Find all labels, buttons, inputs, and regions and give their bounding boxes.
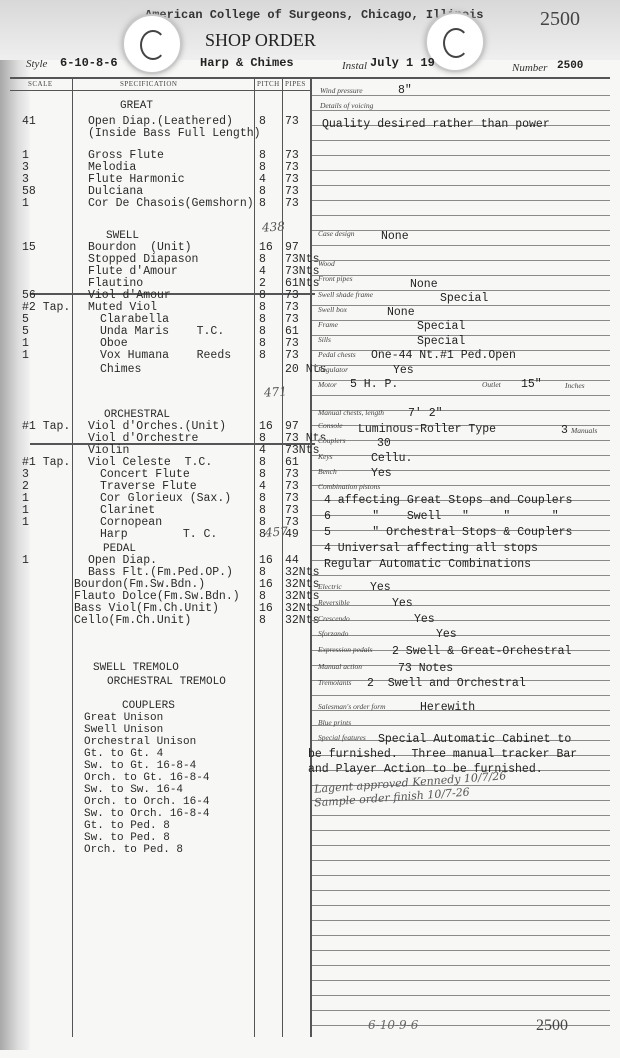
crescendo-value: Yes: [414, 613, 435, 626]
coupler-item: Great Unison: [84, 712, 163, 724]
punch-hole-icon: [122, 14, 182, 74]
stop-pipes: 73: [285, 350, 299, 362]
couplers-value: 30: [377, 437, 391, 450]
manual-action-label: Manual action: [318, 662, 362, 671]
reversible-value: Yes: [392, 597, 413, 610]
coupler-item: Orchestral Unison: [84, 736, 196, 748]
stop-pitch: 8: [259, 615, 266, 627]
pedal-chests-value: One-44 Nt.#1 Ped.Open: [371, 349, 516, 362]
salesmans-order-form-label: Salesman's order form: [318, 702, 386, 711]
style-extra: Harp & Chimes: [200, 56, 294, 70]
frame-value: Special: [417, 320, 465, 333]
divider: [310, 77, 312, 1037]
stop-scale: #1 Tap.: [22, 421, 70, 433]
form-rule: [312, 305, 610, 306]
form-rule: [312, 365, 610, 366]
manuals-label: Manuals: [571, 426, 597, 435]
form-rule: [312, 455, 610, 456]
swell-shade-frame-label: Swell shade frame: [318, 290, 373, 299]
form-rule: [312, 215, 610, 216]
tremolants-value: 2 Swell and Orchestral: [367, 677, 526, 690]
keys-label: Keys: [318, 452, 333, 461]
stop-scale: 1: [22, 517, 29, 529]
outlet-unit: Inches: [565, 381, 585, 390]
swell-shade-frame-value: Special: [440, 292, 488, 305]
form-rule: [312, 170, 610, 171]
coupler-item: Gt. to Gt. 4: [84, 748, 163, 760]
regulator-value: Yes: [393, 364, 414, 377]
form-rule: [312, 860, 610, 861]
salesmans-order-form-value: Herewith: [420, 701, 475, 714]
form-rule: [312, 155, 610, 156]
form-rule: [312, 620, 610, 621]
form-rule: [312, 920, 610, 921]
sills-label: Sills: [318, 335, 331, 344]
form-rule: [312, 995, 610, 996]
stop-pipes: 73: [285, 116, 299, 128]
special-features-label: Special features: [318, 733, 366, 742]
electric-label: Electric: [318, 582, 342, 591]
tremolo-swell: SWELL TREMOLO: [93, 662, 179, 674]
form-rule: [312, 140, 610, 141]
stop-name: (Inside Bass Full Length): [88, 128, 261, 140]
sforzando-value: Yes: [436, 628, 457, 641]
sills-value: Special: [417, 335, 465, 348]
instal-value: July 1 19: [370, 56, 435, 70]
form-rule: [312, 905, 610, 906]
number-value: 2500: [557, 60, 583, 72]
wind-pressure-label: Wind pressure: [320, 86, 363, 95]
manual-chests-length-value: 7' 2": [408, 407, 443, 420]
form-rule: [312, 230, 610, 231]
wind-pressure-value: 8": [398, 84, 412, 97]
combination-pistons-label: Combination pistons: [318, 482, 380, 491]
divider: [10, 90, 312, 91]
form-rule: [312, 470, 610, 471]
form-rule: [312, 605, 610, 606]
form-rule: [312, 845, 610, 846]
coupler-item: Sw. to Sw. 16-4: [84, 784, 183, 796]
console-value: Luminous-Roller Type: [358, 423, 496, 436]
form-rule: [312, 110, 610, 111]
coupler-item: Sw. to Orch. 16-8-4: [84, 808, 209, 820]
expression-pedals-label: Expression pedals: [318, 645, 373, 654]
blue-prints-label: Blue prints: [318, 718, 351, 727]
order-number: 2500: [540, 8, 580, 31]
form-rule: [312, 200, 610, 201]
tremolants-label: Tremolants: [318, 678, 351, 687]
stop-scale: 1: [22, 555, 29, 567]
bench-label: Bench: [318, 467, 337, 476]
special-feature-line: be furnished. Three manual tracker Bar: [308, 748, 577, 761]
style-value: 6-10-8-6: [60, 56, 118, 70]
front-pipes-value: None: [410, 278, 438, 291]
motor-value: 5 H. P.: [350, 378, 398, 391]
form-rule: [312, 635, 610, 636]
swell-box-label: Swell box: [318, 305, 347, 314]
stop-pipes: 32Nts: [285, 615, 320, 627]
form-rule: [312, 590, 610, 591]
number-label: Number: [512, 62, 547, 74]
stop-scale: #2 Tap.: [22, 302, 70, 314]
sforzando-label: Sforzando: [318, 629, 348, 638]
column-header-pitch: PITCH: [257, 80, 280, 88]
form-rule: [312, 890, 610, 891]
page-title: SHOP ORDER: [205, 30, 316, 51]
coupler-item: Orch. to Orch. 16-4: [84, 796, 209, 808]
coupler-item: Swell Unison: [84, 724, 163, 736]
divider: [254, 77, 255, 1037]
form-rule: [312, 440, 610, 441]
form-rule: [312, 575, 610, 576]
stop-name: Vox Humana Reeds: [100, 350, 231, 362]
front-pipes-label: Front pipes: [318, 274, 353, 283]
details-of-voicing-label: Details of voicing: [320, 101, 373, 110]
coupler-item: Gt. to Ped. 8: [84, 820, 170, 832]
form-rule: [312, 980, 610, 981]
case-design-value: None: [381, 230, 409, 243]
combination-piston-line: Regular Automatic Combinations: [324, 558, 531, 571]
form-rule: [312, 395, 610, 396]
column-header-pipes: PIPES: [285, 80, 306, 88]
form-rule: [312, 245, 610, 246]
keys-value: Cellu.: [371, 452, 412, 465]
form-rule: [312, 935, 610, 936]
coupler-item: Orch. to Gt. 16-8-4: [84, 772, 209, 784]
form-rule: [312, 950, 610, 951]
orchestral-handwritten-total: 457: [265, 524, 289, 540]
form-rule: [312, 725, 610, 726]
crescendo-label: Crescendo: [318, 614, 350, 623]
form-rule: [312, 965, 610, 966]
form-rule: [312, 1010, 610, 1011]
special-feature-line: Special Automatic Cabinet to: [378, 733, 571, 746]
coupler-item: Sw. to Ped. 8: [84, 832, 170, 844]
coupler-item: Orch. to Ped. 8: [84, 844, 183, 856]
instal-label: Instal: [342, 60, 367, 72]
stop-name: Cello(Fm.Ch.Unit): [74, 615, 191, 627]
bench-value: Yes: [371, 467, 392, 480]
manual-action-value: 73 Notes: [398, 662, 453, 675]
stop-scale: 41: [22, 116, 36, 128]
stop-pitch: 8: [259, 350, 266, 362]
column-header-specification: SPECIFICATION: [120, 80, 177, 88]
expression-pedals-value: 2 Swell & Great-Orchestral: [392, 645, 571, 658]
stop-scale: 15: [22, 242, 36, 254]
combination-piston-line: 4 affecting Great Stops and Couplers: [324, 494, 572, 507]
style-label: Style: [26, 58, 47, 70]
form-rule: [312, 275, 610, 276]
divider: [30, 293, 315, 295]
regulator-label: Regulator: [318, 365, 348, 374]
combination-piston-line: 4 Universal affecting all stops: [324, 542, 538, 555]
combination-piston-line: 5 " Orchestral Stops & Couplers: [324, 526, 572, 539]
footer-handwritten-date: 6-10-9-6: [368, 1018, 418, 1032]
great-heading: GREAT: [120, 100, 153, 112]
couplers-heading: COUPLERS: [122, 700, 175, 712]
stop-scale: #1 Tap.: [22, 457, 70, 469]
wood-label: Wood: [318, 259, 335, 268]
tremolo-orchestral: ORCHESTRAL TREMOLO: [107, 676, 226, 688]
column-header-scale: SCALE: [28, 80, 53, 88]
manuals-value: 3: [561, 424, 568, 437]
stop-name: Cor De Chasois(Gemshorn): [88, 198, 254, 210]
frame-label: Frame: [318, 320, 338, 329]
divider: [72, 77, 73, 1037]
motor-label: Motor: [318, 380, 337, 389]
outlet-value: 15": [521, 378, 542, 391]
form-rule: [312, 185, 610, 186]
details-of-voicing-value: Quality desired rather than power: [322, 118, 550, 131]
stop-name: Chimes: [100, 364, 141, 376]
footer-order-number: 2500: [536, 1017, 568, 1035]
couplers-label: Couplers: [318, 436, 346, 445]
outlet-label: Outlet: [482, 380, 501, 389]
swell-box-value: None: [387, 306, 415, 319]
form-rule: [312, 95, 610, 96]
shop-order-sheet: American College of Surgeons, Chicago, I…: [0, 0, 620, 1058]
electric-value: Yes: [370, 581, 391, 594]
reversible-label: Reversible: [318, 598, 350, 607]
manual-chests-length-label: Manual chests, length: [318, 408, 384, 417]
stop-name: Harp T. C.: [100, 529, 217, 541]
stop-pipes: 73: [285, 198, 299, 210]
form-rule: [312, 815, 610, 816]
swell-handwritten-total: 471: [264, 384, 288, 400]
stop-scale: 1: [22, 198, 29, 210]
pedal-chests-label: Pedal chests: [318, 350, 356, 359]
stop-pitch: 8: [259, 198, 266, 210]
combination-piston-line: 6 " Swell " " ": [324, 510, 559, 523]
form-rule: [312, 695, 610, 696]
great-handwritten-total: 438: [262, 219, 286, 235]
case-design-label: Case design: [318, 229, 354, 238]
stop-scale: 1: [22, 350, 29, 362]
console-label: Console: [318, 421, 343, 430]
form-rule: [312, 875, 610, 876]
coupler-item: Sw. to Gt. 16-8-4: [84, 760, 196, 772]
form-rule: [312, 830, 610, 831]
form-rule: [312, 260, 610, 261]
